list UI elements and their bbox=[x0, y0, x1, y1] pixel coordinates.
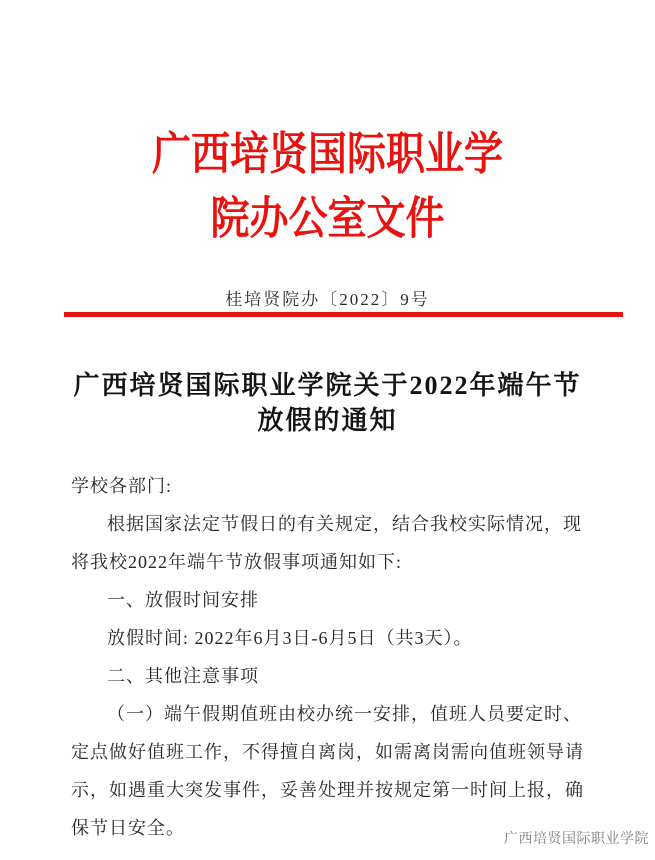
document-number: 桂培贤院办〔2022〕9号 bbox=[0, 290, 655, 310]
paragraph-holiday-time: 放假时间: 2022年6月3日-6月5日（共3天）。 bbox=[71, 619, 588, 657]
paragraph-intro: 根据国家法定节假日的有关规定，结合我校实际情况，现 将我校2022年端午节放假事… bbox=[71, 505, 588, 581]
section-heading-1: 一、放假时间安排 bbox=[71, 581, 588, 619]
section-heading-2: 二、其他注意事项 bbox=[71, 657, 588, 695]
footer-watermark: 广西培贤国际职业学院 bbox=[504, 828, 649, 848]
paragraph-duty-notes: （一）端午假期值班由校办统一安排，值班人员要定时、 定点做好值班工作，不得擅自离… bbox=[71, 695, 588, 847]
document-body: 学校各部门: 根据国家法定节假日的有关规定，结合我校实际情况，现 将我校2022… bbox=[71, 467, 588, 847]
salutation: 学校各部门: bbox=[71, 467, 588, 505]
document-title: 广西培贤国际职业学院关于2022年端午节 放假的通知 bbox=[0, 368, 655, 438]
red-divider bbox=[64, 312, 623, 317]
document-page: 广西培贤国际职业学 院办公室文件 桂培贤院办〔2022〕9号 广西培贤国际职业学… bbox=[0, 0, 655, 860]
letterhead-title: 广西培贤国际职业学 院办公室文件 bbox=[0, 123, 655, 252]
